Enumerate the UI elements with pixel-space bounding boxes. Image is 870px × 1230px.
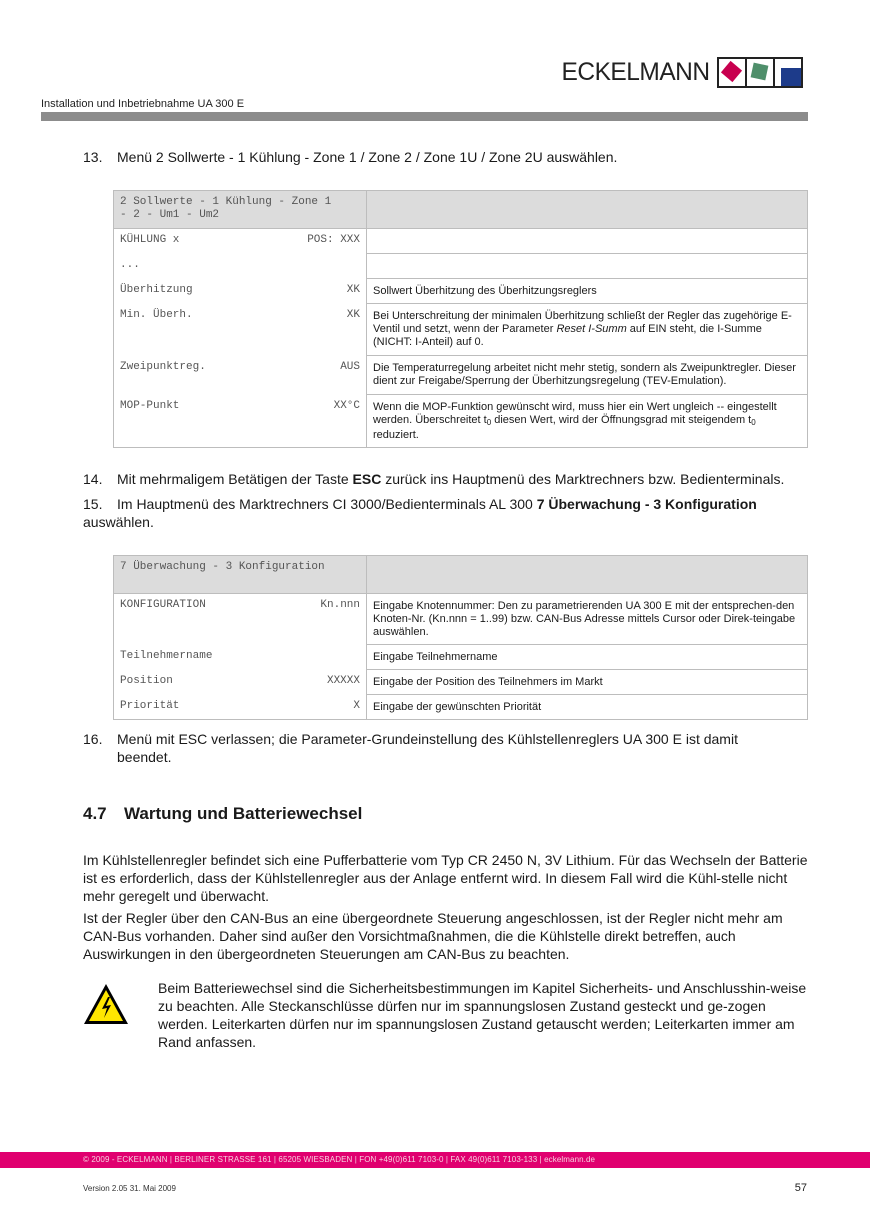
- table-row: Min. Überh.XK Bei Unterschreitung der mi…: [114, 304, 808, 356]
- step-14: 14.Mit mehrmaligem Betätigen der Taste E…: [83, 470, 784, 488]
- table-row: ÜberhitzungXK Sollwert Überhitzung des Ü…: [114, 279, 808, 304]
- menu-table-sollwerte: 2 Sollwerte - 1 Kühlung - Zone 1 - 2 - U…: [113, 190, 808, 448]
- logo-mark: [717, 57, 803, 88]
- menu-table-konfiguration: 7 Überwachung - 3 Konfiguration KONFIGUR…: [113, 555, 808, 720]
- table-header-row: 7 Überwachung - 3 Konfiguration: [114, 556, 808, 594]
- high-voltage-warning-icon: [82, 982, 130, 1026]
- logo-blue-square-icon: [781, 68, 801, 86]
- table-header-cell: 2 Sollwerte - 1 Kühlung - Zone 1 - 2 - U…: [114, 191, 367, 229]
- table-row: MOP-PunktXX°C Wenn die MOP-Funktion gewü…: [114, 395, 808, 448]
- table-row: KONFIGURATIONKn.nnn Eingabe Knotennummer…: [114, 594, 808, 645]
- table-row: Zweipunktreg.AUS Die Temperaturregelung …: [114, 356, 808, 395]
- step-13: 13.Menü 2 Sollwerte - 1 Kühlung - Zone 1…: [83, 148, 617, 166]
- table-row: KÜHLUNG xPOS: XXX: [114, 229, 808, 254]
- logo-red-diamond-icon: [721, 60, 742, 81]
- logo-green-square-icon: [751, 62, 769, 80]
- table-row: PositionXXXXX Eingabe der Position des T…: [114, 670, 808, 695]
- page-number: 57: [795, 1182, 807, 1194]
- footer-contact: © 2009 - ECKELMANN | BERLINER STRASSE 16…: [83, 1155, 595, 1164]
- header-divider: [41, 112, 808, 121]
- step-15: 15.Im Hauptmenü des Marktrechners CI 300…: [83, 495, 823, 531]
- table-row: PrioritätX Eingabe der gewünschten Prior…: [114, 695, 808, 720]
- company-logo: ECKELMANN: [560, 56, 803, 88]
- version-info: Version 2.05 31. Mai 2009: [83, 1184, 176, 1193]
- paragraph-battery: Im Kühlstellenregler befindet sich eine …: [83, 851, 813, 905]
- table-row: ...: [114, 254, 808, 279]
- paragraph-can-bus: Ist der Regler über den CAN-Bus an eine …: [83, 909, 813, 963]
- table-row: Teilnehmername Eingabe Teilnehmername: [114, 645, 808, 670]
- warning-text: Beim Batteriewechsel sind die Sicherheit…: [158, 979, 818, 1051]
- logo-text: ECKELMANN: [562, 58, 710, 87]
- table-header-row: 2 Sollwerte - 1 Kühlung - Zone 1 - 2 - U…: [114, 191, 808, 229]
- section-heading: 4.7Wartung und Batteriewechsel: [83, 804, 362, 824]
- step-16: 16.Menü mit ESC verlassen; die Parameter…: [83, 730, 803, 766]
- document-title: Installation und Inbetriebnahme UA 300 E: [41, 98, 244, 110]
